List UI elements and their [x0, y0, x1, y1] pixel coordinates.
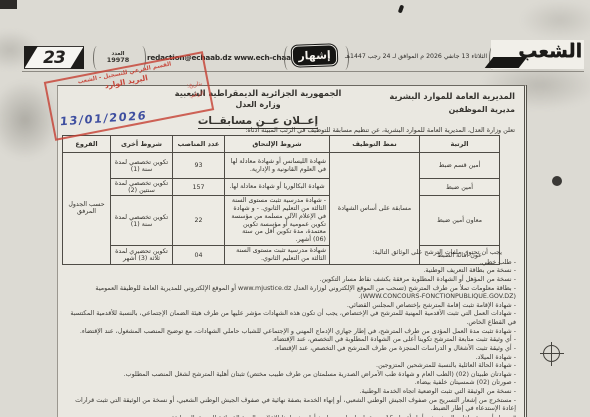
cell-positions: 93: [173, 153, 225, 179]
cell-branches: حسب الجدول المرفق: [63, 153, 111, 265]
document-list-item: - شهادات العمل التي تثبت الأقدمية المهني…: [63, 310, 516, 327]
directorate-heading: المديرية العامة للموارد البشرية مديرية ا…: [389, 91, 515, 114]
required-documents-section: يجب أن تحتوي ملفات الترشح على الوثائق ال…: [63, 249, 516, 417]
documents-list: - طلب خطي.- نسخة من بطاقة التعريف الوطني…: [63, 259, 516, 414]
header-other: شروط أخرى: [111, 136, 173, 153]
edition-date: الثلاثاء 13 جانفي 2026 م الموافق لـ 24 ر…: [341, 53, 491, 60]
document-list-item: - شهادة تثبت مدة العمل المؤدى من طرف الم…: [63, 328, 516, 337]
cell-conditions: - شهادة مدرسية تثبت مستوى السنة الثالثة …: [225, 196, 330, 246]
scan-corner-mark: [0, 0, 17, 9]
cell-conditions: شهادة البكالوريا أو شهادة معادلة لها.: [225, 179, 330, 196]
ink-dot-artifact: [552, 176, 562, 186]
page-number-box: 23: [24, 46, 84, 69]
issue-number: 19978: [107, 57, 130, 64]
document-list-item: - نسخة من الوثيقة التي تثبت الوضعية اتجا…: [63, 388, 516, 397]
header-positions: عدد المناصب: [173, 136, 225, 153]
announcement-box: المديرية العامة للموارد البشرية مديرية ا…: [57, 85, 527, 417]
document-list-item: - شهادة الميلاد.: [63, 354, 516, 363]
document-list-item: - بطاقة معلومات تملأ من طرف المترشح (تسح…: [63, 285, 516, 302]
ranks-table: الرتبة نمط التوظيف شروط الإلتحاق عدد الم…: [62, 135, 500, 265]
cell-rank: أمين قسم ضبط: [420, 153, 500, 179]
cell-other: تكوين تخصصي لمدة سنتين (2): [111, 179, 173, 196]
table-row: أمين ضبط شهادة البكالوريا أو شهادة معادل…: [63, 179, 500, 196]
document-list-item: - شهادتان طبيتان (02) (الطب العام و شهاد…: [63, 371, 516, 380]
cell-other: تكوين تخصصي لمدة سنة (1): [111, 196, 173, 246]
ad-logo-text: إشهار: [298, 48, 331, 62]
ad-section-logo: إشهار: [291, 43, 339, 68]
table-row: أمين قسم ضبط مسابقة على أساس الشهادة شها…: [63, 153, 500, 179]
cell-positions: 22: [173, 196, 225, 246]
directorate-line1: المديرية العامة للموارد البشرية: [389, 91, 515, 101]
document-list-item: - شهادة الحالة العائلية بالنسبة للمترشحي…: [63, 362, 516, 371]
cell-conditions: شهادة الليسانس أو شهادة معادلة لها في ال…: [225, 153, 330, 179]
document-list-item: - مستخرج من إشعار التسريح من صفوف الجيش …: [63, 397, 516, 414]
cell-rank: أمين ضبط: [420, 179, 500, 196]
cell-positions: 157: [173, 179, 225, 196]
document-list-item: - نسخة من المؤهل أو الشهادة المطلوبة مرف…: [63, 276, 516, 285]
masthead-title: الشعب: [518, 40, 582, 62]
scan-tick-mark: [398, 5, 404, 14]
stamp-number-label: الرقم:: [188, 90, 205, 103]
newspaper-masthead: الشعب: [491, 40, 584, 69]
stamp-handwritten-date: 13/01/2026: [59, 108, 147, 128]
header-mode: نمط التوظيف: [330, 136, 420, 153]
page-number: 23: [43, 48, 65, 68]
document-list-item: - أي وثيقة تثبت متابعة المترشح تكوينا أع…: [63, 336, 516, 345]
cell-other: تكوين تخصصي لمدة سنة (1): [111, 153, 173, 179]
scan-noise-blob: [520, 0, 590, 40]
document-list-item: - طلب خطي.: [63, 259, 516, 268]
directorate-line2: مديرية الموظفين: [389, 105, 515, 114]
document-list-item: - نسخة من بطاقة التعريف الوطنية.: [63, 267, 516, 276]
cell-recruitment-mode: مسابقة على أساس الشهادة: [330, 153, 420, 265]
document-list-item: - أي وثيقة تثبت الأشغال و الدراسات المنج…: [63, 345, 516, 354]
announcement-intro: تعلن وزارة العدل، المديرية العامة للموار…: [67, 126, 515, 134]
registration-crosshair-icon: [543, 345, 560, 362]
header-conditions: شروط الإلتحاق: [225, 136, 330, 153]
table-header-row: الرتبة نمط التوظيف شروط الإلتحاق عدد الم…: [63, 136, 500, 153]
table-row: معاون أمين ضبط - شهادة مدرسية تثبت مستوى…: [63, 196, 500, 246]
cell-rank: معاون أمين ضبط: [420, 196, 500, 246]
documents-heading: يجب أن تحتوي ملفات الترشح على الوثائق ال…: [63, 249, 516, 258]
stamp-labels: بتاريخ: الرقم:: [186, 80, 205, 102]
document-list-item: - صورتان (02) شمسيتان خلفية بيضاء.: [63, 379, 516, 388]
header-rank: الرتبة: [420, 136, 500, 153]
